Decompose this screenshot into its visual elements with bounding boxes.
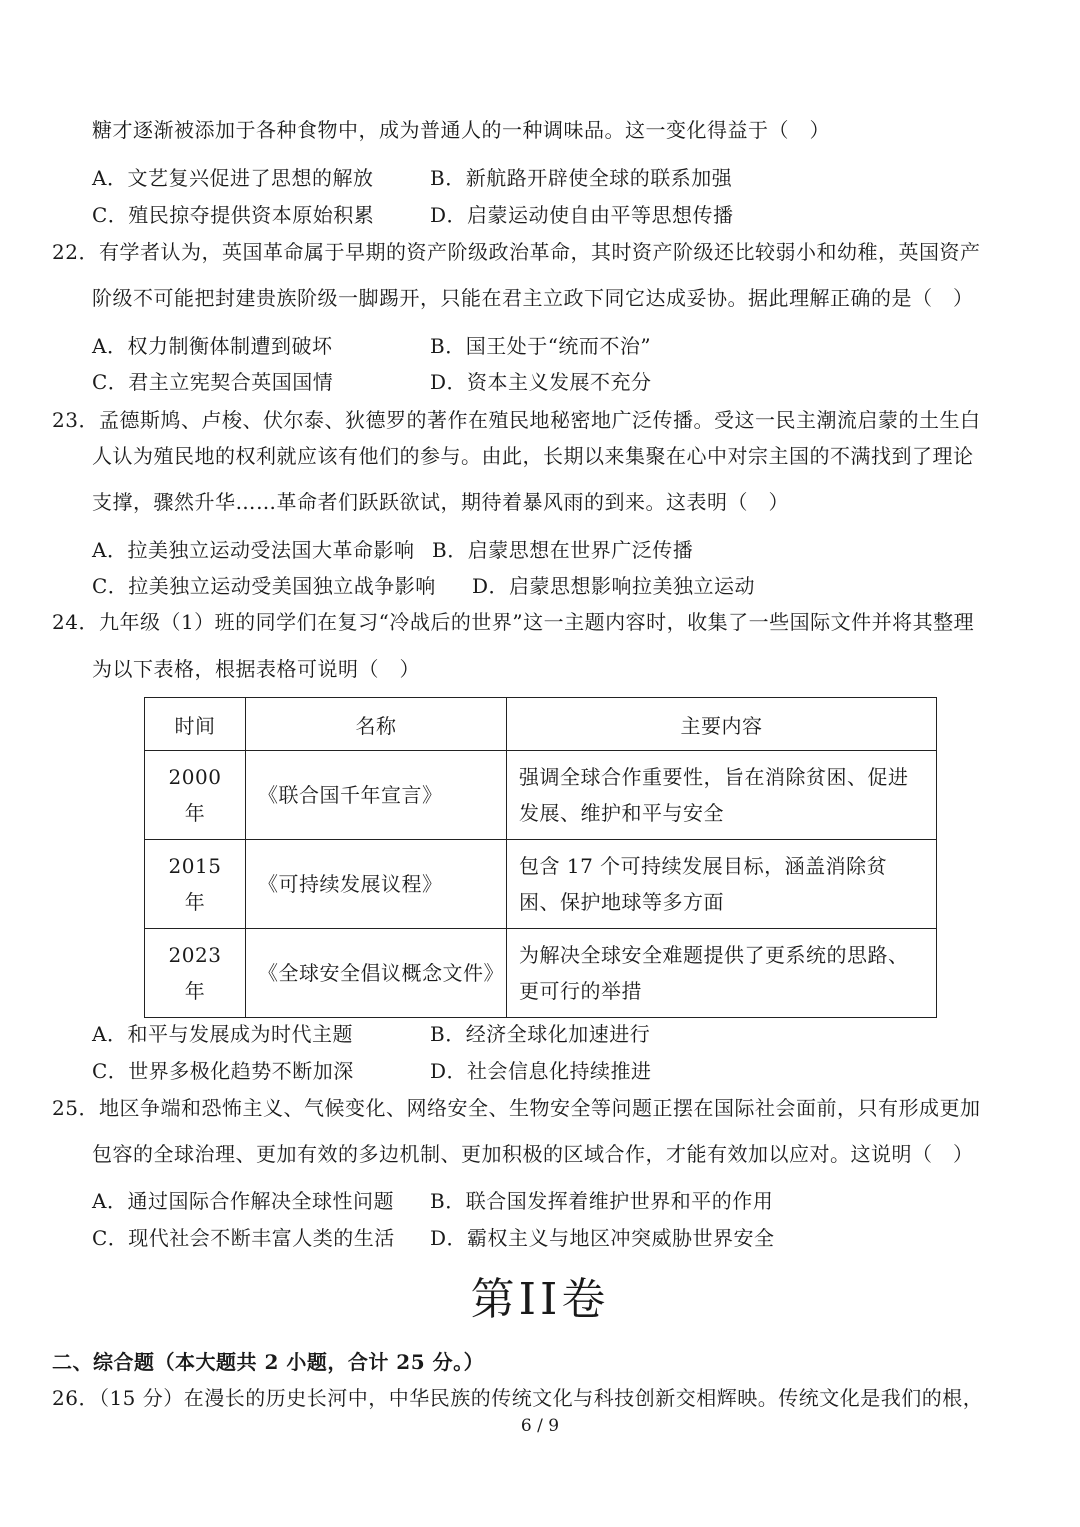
q24-option-b: B．经济全球化加速进行	[430, 1022, 650, 1046]
table-cell-time: 2015 年	[145, 840, 246, 929]
q22-option-a: A．权力制衡体制遭到破坏	[92, 334, 332, 358]
q23-option-b: B．启蒙思想在世界广泛传播	[432, 538, 693, 562]
part-two-title: 第II卷	[0, 1272, 1080, 1328]
q25-option-a: A．通过国际合作解决全球性问题	[92, 1189, 394, 1213]
table-row: 2000 年 《联合国千年宣言》 强调全球合作重要性，旨在消除贫困、促进发展、维…	[145, 751, 937, 840]
international-documents-table: 时间 名称 主要内容 2000 年 《联合国千年宣言》 强调全球合作重要性，旨在…	[144, 697, 937, 1018]
table-row: 2023 年 《全球安全倡议概念文件》 为解决全球安全难题提供了更系统的思路、更…	[145, 929, 937, 1018]
table-cell-name: 《可持续发展议程》	[246, 840, 507, 929]
q23-option-a: A．拉美独立运动受法国大革命影响	[92, 538, 414, 562]
q25-stem-line1: 25．地区争端和恐怖主义、气候变化、网络安全、生物安全等问题正摆在国际社会面前，…	[52, 1096, 980, 1120]
q23-stem-line1: 23．孟德斯鸠、卢梭、伏尔泰、狄德罗的著作在殖民地秘密地广泛传播。受这一民主潮流…	[52, 408, 980, 432]
section-heading: 二、综合题（本大题共 2 小题，合计 25 分。）	[52, 1350, 484, 1374]
q22-option-b: B．国王处于“统而不治”	[430, 334, 651, 358]
q23-option-c: C．拉美独立运动受美国独立战争影响	[92, 574, 436, 598]
table-cell-content: 为解决全球安全难题提供了更系统的思路、更可行的举措	[507, 929, 937, 1018]
table-cell-time: 2023 年	[145, 929, 246, 1018]
q24-option-d: D．社会信息化持续推进	[430, 1059, 652, 1083]
q21-option-a: A．文艺复兴促进了思想的解放	[92, 166, 373, 190]
q22-stem-line1: 22．有学者认为，英国革命属于早期的资产阶级政治革命，其时资产阶级还比较弱小和幼…	[52, 240, 980, 264]
q24-stem-line1: 24．九年级（1）班的同学们在复习“冷战后的世界”这一主题内容时，收集了一些国际…	[52, 610, 974, 634]
q24-option-c: C．世界多极化趋势不断加深	[92, 1059, 354, 1083]
q21-stem-continuation: 糖才逐渐被添加于各种食物中，成为普通人的一种调味品。这一变化得益于（ ）	[92, 118, 830, 142]
q22-stem-line2: 阶级不可能把封建贵族阶级一脚踢开，只能在君主立政下同它达成妥协。据此理解正确的是…	[92, 286, 974, 310]
table-cell-time: 2000 年	[145, 751, 246, 840]
q25-option-b: B．联合国发挥着维护世界和平的作用	[430, 1189, 773, 1213]
table-header-row: 时间 名称 主要内容	[145, 698, 937, 751]
q25-stem-line2: 包容的全球治理、更加有效的多边机制、更加积极的区域合作，才能有效加以应对。这说明…	[92, 1142, 974, 1166]
table-cell-name: 《联合国千年宣言》	[246, 751, 507, 840]
q23-stem-line2: 人认为殖民地的权利就应该有他们的参与。由此，长期以来集聚在心中对宗主国的不满找到…	[92, 444, 974, 468]
table-header-name: 名称	[246, 698, 507, 751]
q26-stem-line1: 26．（15 分）在漫长的历史长河中，中华民族的传统文化与科技创新交相辉映。传统…	[52, 1386, 983, 1410]
q22-option-c: C．君主立宪契合英国国情	[92, 370, 333, 394]
table-header-content: 主要内容	[507, 698, 937, 751]
q21-option-c: C．殖民掠夺提供资本原始积累	[92, 203, 374, 227]
q21-option-b: B．新航路开辟使全球的联系加强	[430, 166, 732, 190]
page-number: 6 / 9	[0, 1416, 1080, 1436]
table-header-time: 时间	[145, 698, 246, 751]
q23-stem-line3: 支撑，骤然升华……革命者们跃跃欲试，期待着暴风雨的到来。这表明（ ）	[92, 490, 789, 514]
table-cell-name: 《全球安全倡议概念文件》	[246, 929, 507, 1018]
q25-option-d: D．霸权主义与地区冲突威胁世界安全	[430, 1226, 775, 1250]
table-cell-content: 包含 17 个可持续发展目标，涵盖消除贫困、保护地球等多方面	[507, 840, 937, 929]
q24-option-a: A．和平与发展成为时代主题	[92, 1022, 353, 1046]
q23-option-d: D．启蒙思想影响拉美独立运动	[472, 574, 755, 598]
q21-option-d: D．启蒙运动使自由平等思想传播	[430, 203, 734, 227]
q24-stem-line2: 为以下表格，根据表格可说明（ ）	[92, 657, 420, 681]
q22-option-d: D．资本主义发展不充分	[430, 370, 652, 394]
table-row: 2015 年 《可持续发展议程》 包含 17 个可持续发展目标，涵盖消除贫困、保…	[145, 840, 937, 929]
q25-option-c: C．现代社会不断丰富人类的生活	[92, 1226, 395, 1250]
table-cell-content: 强调全球合作重要性，旨在消除贫困、促进发展、维护和平与安全	[507, 751, 937, 840]
